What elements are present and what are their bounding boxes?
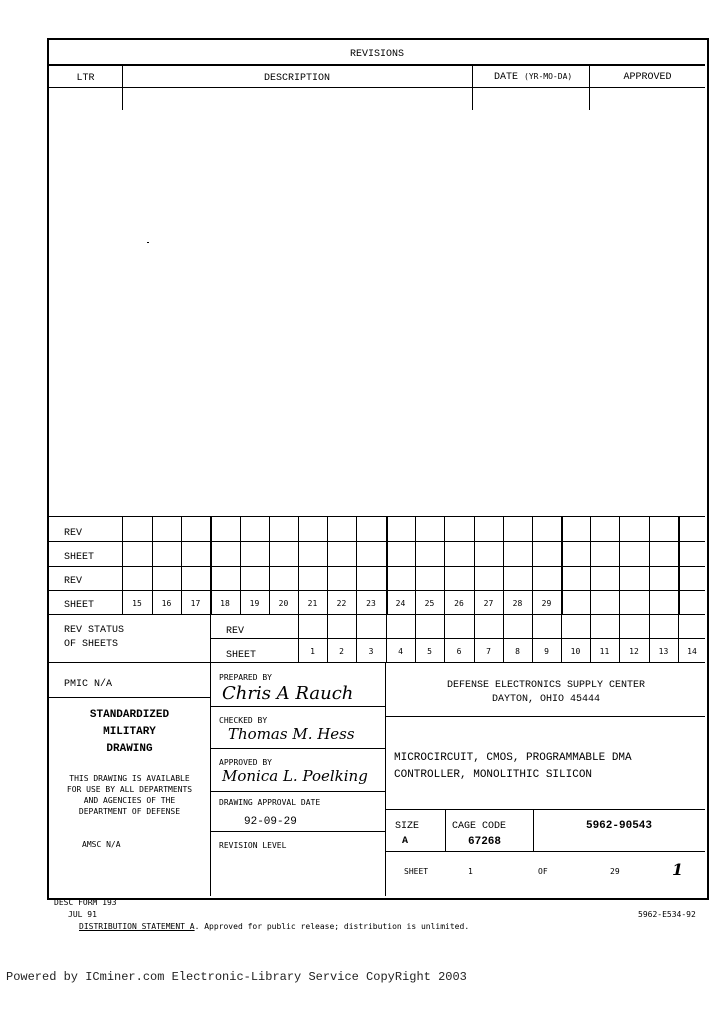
- upper-sheet-number: 25: [415, 599, 444, 608]
- approved-header: APPROVED: [590, 72, 705, 83]
- ltr-header: LTR: [49, 73, 122, 84]
- revisions-title: REVISIONS: [49, 49, 705, 60]
- row-label-rev-2: REV: [64, 576, 82, 587]
- upper-sheet-number: 27: [474, 599, 503, 608]
- lower-sheet-number: 7: [474, 647, 503, 656]
- pmic-label: PMIC N/A: [64, 679, 112, 690]
- upper-sheet-number: 21: [298, 599, 327, 608]
- std-line-2: MILITARY: [49, 726, 210, 738]
- lower-sheet-number: 3: [356, 647, 386, 656]
- lower-sheet-number: 8: [503, 647, 532, 656]
- lower-sheet-number: 11: [590, 647, 619, 656]
- amsc-label: AMSC N/A: [82, 840, 121, 849]
- sheet-label: SHEET: [226, 650, 256, 661]
- upper-sheet-number: 23: [356, 599, 386, 608]
- lower-sheet-number: 13: [649, 647, 678, 656]
- approval-date-label: DRAWING APPROVAL DATE: [219, 798, 320, 807]
- avail-3: AND AGENCIES OF THE: [49, 796, 210, 805]
- lower-sheet-number: 9: [532, 647, 561, 656]
- upper-sheet-number: 28: [503, 599, 532, 608]
- of-sheets-label: OF SHEETS: [64, 639, 118, 650]
- row-label-sheet-2: SHEET: [64, 600, 94, 611]
- form-number: DESC FORM 193: [54, 898, 117, 907]
- distribution-statement: DISTRIBUTION STATEMENT A. Approved for p…: [79, 922, 469, 931]
- revision-level-label: REVISION LEVEL: [219, 841, 286, 850]
- avail-2: FOR USE BY ALL DEPARTMENTS: [49, 785, 210, 794]
- size-label: SIZE: [395, 821, 419, 832]
- cage-code-value: 67268: [468, 836, 501, 848]
- lower-sheet-number: 2: [327, 647, 356, 656]
- upper-sheet-number: 29: [532, 599, 561, 608]
- prepared-by-label: PREPARED BY: [219, 673, 272, 682]
- avail-1: THIS DRAWING IS AVAILABLE: [49, 774, 210, 783]
- document-number: 5962-90543: [533, 820, 705, 832]
- cage-code-label: CAGE CODE: [452, 821, 506, 832]
- upper-sheet-number: 17: [181, 599, 210, 608]
- checked-signature: Thomas M. Hess: [228, 725, 355, 743]
- upper-sheet-number: 26: [444, 599, 474, 608]
- upper-sheet-number: 24: [386, 599, 415, 608]
- approval-date: 92-09-29: [244, 816, 297, 828]
- lower-sheet-number: 1: [298, 647, 327, 656]
- lower-sheet-number: 14: [678, 647, 706, 656]
- size-value: A: [402, 836, 408, 847]
- rev-status-label: REV STATUS: [64, 625, 124, 636]
- lower-sheet-number: 6: [444, 647, 474, 656]
- document-code: 5962-E534-92: [638, 910, 696, 919]
- date-header: DATE (YR-MO-DA): [494, 72, 572, 83]
- rev-label: REV: [226, 626, 244, 637]
- sheet-total: 29: [610, 867, 620, 876]
- agency-name: DEFENSE ELECTRONICS SUPPLY CENTER: [386, 680, 706, 691]
- row-label-sheet-1: SHEET: [64, 552, 94, 563]
- upper-sheet-number: 16: [152, 599, 181, 608]
- approved-by-label: APPROVED BY: [219, 758, 272, 767]
- approved-signature: Monica L. Poelking: [222, 767, 368, 785]
- description-header: DESCRIPTION: [122, 73, 472, 84]
- avail-4: DEPARTMENT OF DEFENSE: [49, 807, 210, 816]
- lower-sheet-number: 4: [386, 647, 415, 656]
- title-line-2: CONTROLLER, MONOLITHIC SILICON: [394, 769, 592, 781]
- powered-by: Powered by ICminer.com Electronic-Librar…: [6, 970, 467, 984]
- upper-sheet-number: 20: [269, 599, 298, 608]
- title-line-1: MICROCIRCUIT, CMOS, PROGRAMMABLE DMA: [394, 752, 632, 764]
- upper-sheet-number: 15: [122, 599, 152, 608]
- form-date: JUL 91: [68, 910, 97, 919]
- std-line-1: STANDARDIZED: [49, 709, 210, 721]
- outer-border: [47, 38, 709, 900]
- row-label-rev-1: REV: [64, 528, 82, 539]
- of-label: OF: [538, 867, 548, 876]
- lower-sheet-number: 12: [619, 647, 649, 656]
- sheet-number: 1: [468, 867, 473, 876]
- upper-sheet-number: 22: [327, 599, 356, 608]
- prepared-signature: Chris A Rauch: [222, 683, 353, 704]
- sheet-label-block: SHEET: [404, 867, 428, 876]
- lower-sheet-number: 5: [415, 647, 444, 656]
- handwritten-mark: 1: [672, 860, 683, 879]
- lower-sheet-number: 10: [561, 647, 590, 656]
- upper-sheet-number: 18: [210, 599, 240, 608]
- checked-by-label: CHECKED BY: [219, 716, 267, 725]
- agency-address: DAYTON, OHIO 45444: [386, 694, 706, 705]
- std-line-3: DRAWING: [49, 743, 210, 755]
- upper-sheet-number: 19: [240, 599, 269, 608]
